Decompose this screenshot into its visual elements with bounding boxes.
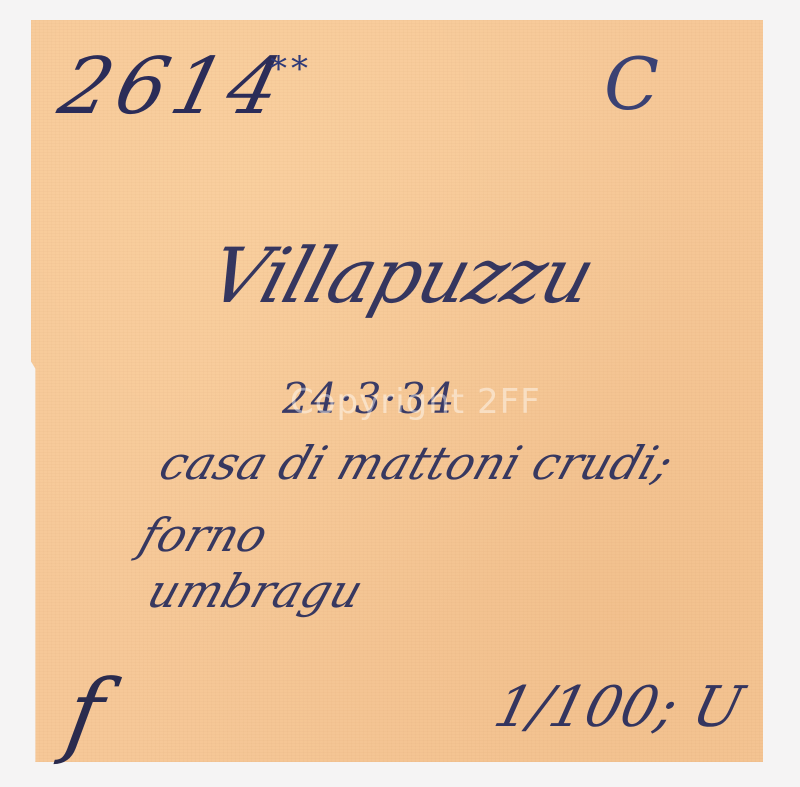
star-marks: ** (270, 52, 312, 86)
catalog-number: 2614 (52, 48, 294, 126)
description-line: casa di mattoni crudi; (155, 440, 679, 486)
category-letter: C (604, 48, 659, 120)
place-name: Villapuzzu (201, 238, 601, 314)
scan-background: 2614 ** C Villapuzzu 24·3·34 Copyright 2… (0, 0, 800, 787)
scale-note: 1/100; U (489, 680, 748, 736)
watermark: Copyright 2FF (290, 382, 541, 422)
description-line: forno (135, 512, 274, 558)
description-line: umbragu (143, 568, 369, 614)
